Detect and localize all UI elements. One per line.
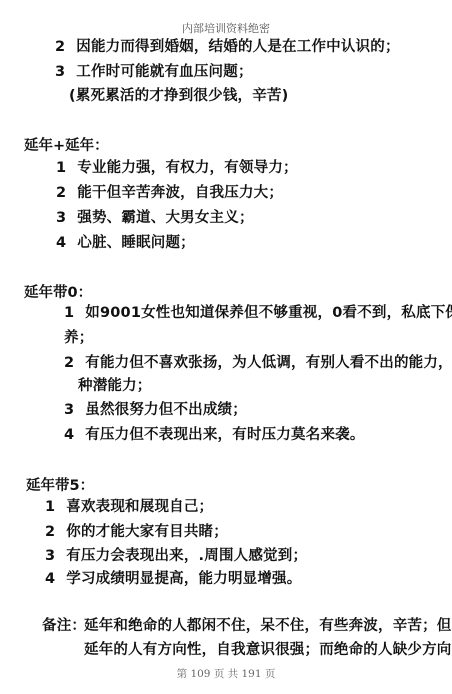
item-number: 3	[64, 401, 80, 419]
document-header: 内部培训资料绝密	[0, 20, 452, 36]
item-text: 你的才能大家有目共睹；	[66, 524, 228, 540]
item-text: 喜欢表现和展现自己；	[66, 499, 213, 515]
item-number: 4	[45, 570, 61, 588]
item-number: 2	[55, 38, 71, 56]
item-text: 有压力会表现出来，.周围人感觉到；	[66, 548, 307, 564]
item-number: 1	[64, 304, 80, 322]
list-item: 2 因能力而得到婚姻，结婚的人是在工作中认识的；	[55, 38, 400, 56]
item-text: 学习成绩明显提高，能力明显增强。	[66, 571, 301, 587]
section-title: 延年带5：	[26, 474, 94, 495]
list-item: 2 你的才能大家有目共睹；	[45, 523, 228, 541]
item-number: 2	[56, 184, 72, 202]
item-number: 4	[56, 234, 72, 252]
item-number: 2	[45, 523, 61, 541]
list-item: 3 有压力会表现出来，.周围人感觉到；	[45, 547, 307, 565]
item-text: 有压力但不表现出来，有时压力莫名来袭。	[85, 427, 364, 443]
item-text: 专业能力强，有权力，有领导力；	[77, 160, 298, 176]
parenthetical-note: (累死累活的才挣到很少钱，辛苦)	[69, 87, 288, 105]
remark-line: 延年的人有方向性，自我意识很强；而绝命的人缺少方向	[84, 641, 452, 659]
section-title: 延年+延年：	[24, 134, 109, 155]
section-title: 延年带0：	[24, 281, 92, 302]
list-item: 1 如9001女性也知道保养但不够重视，0看不到，私底下保	[64, 304, 452, 322]
item-continuation: 种潜能力；	[78, 377, 152, 395]
remark-line: 延年和绝命的人都闲不住，呆不住，有些奔波，辛苦；但	[84, 617, 452, 635]
list-item: 1 喜欢表现和展现自己；	[45, 498, 213, 516]
item-number: 2	[64, 354, 80, 372]
list-item: 2 能干但辛苦奔波，自我压力大；	[56, 184, 283, 202]
item-continuation: 养；	[64, 329, 93, 347]
item-text: 心脏、睡眠问题；	[77, 235, 195, 251]
item-number: 3	[56, 209, 72, 227]
list-item: 3 虽然很努力但不出成绩；	[64, 401, 247, 419]
item-text: 因能力而得到婚姻，结婚的人是在工作中认识的；	[76, 39, 399, 55]
item-text: 虽然很努力但不出成绩；	[85, 402, 247, 418]
list-item: 4 有压力但不表现出来，有时压力莫名来袭。	[64, 426, 365, 444]
item-text: 如9001女性也知道保养但不够重视，0看不到，私底下保	[85, 305, 452, 321]
list-item: 4 心脏、睡眠问题；	[56, 234, 195, 252]
list-item: 1 专业能力强，有权力，有领导力；	[56, 159, 298, 177]
item-number: 3	[55, 63, 71, 81]
remark-label: 备注：	[42, 617, 86, 635]
page-number: 第 109 页 共 191 页	[0, 666, 452, 681]
item-text: 强势、霸道、大男女主义；	[77, 210, 253, 226]
list-item: 3 强势、霸道、大男女主义；	[56, 209, 254, 227]
item-number: 1	[56, 159, 72, 177]
item-text: 有能力但不喜欢张扬，为人低调，有别人看不出的能力，某	[85, 355, 452, 371]
item-text: 能干但辛苦奔波，自我压力大；	[77, 185, 283, 201]
item-number: 4	[64, 426, 80, 444]
list-item: 3 工作时可能就有血压问题；	[55, 63, 253, 81]
list-item: 4 学习成绩明显提高，能力明显增强。	[45, 570, 301, 588]
item-text: 工作时可能就有血压问题；	[76, 64, 252, 80]
item-number: 1	[45, 498, 61, 516]
list-item: 2 有能力但不喜欢张扬，为人低调，有别人看不出的能力，某	[64, 354, 452, 372]
item-number: 3	[45, 547, 61, 565]
